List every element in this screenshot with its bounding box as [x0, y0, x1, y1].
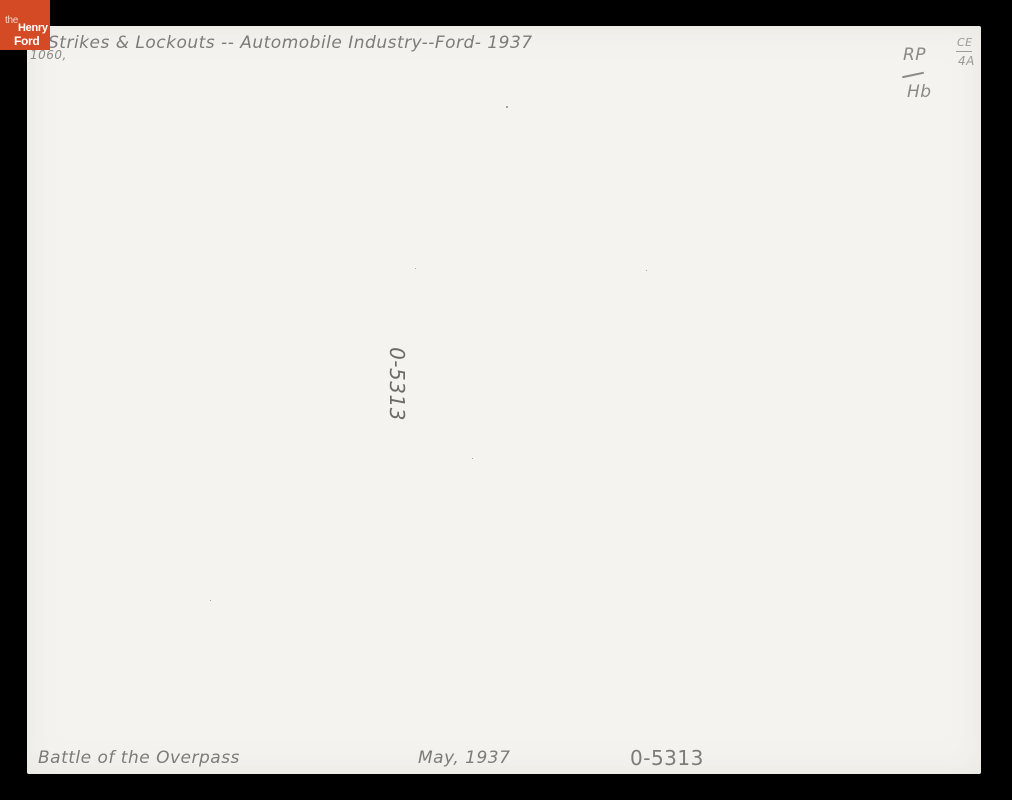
- paper-speck: [472, 458, 473, 459]
- paper-speck: [415, 268, 416, 269]
- logo-henry: Henry: [18, 22, 48, 34]
- paper-speck: [210, 600, 211, 601]
- handwritten-photo-date: May, 1937: [418, 748, 510, 768]
- logo-the: the: [5, 15, 18, 26]
- logo-ford: Ford: [14, 34, 39, 48]
- handwritten-rp-mark: RP: [903, 45, 926, 65]
- paper-speck: [506, 106, 508, 108]
- handwritten-center-catalog-number: 0-5313: [385, 347, 409, 421]
- paper-speck: [646, 270, 647, 271]
- handwritten-hb-mark: Hb: [907, 82, 932, 102]
- handwritten-subject-heading: Strikes & Lockouts -- Automobile Industr…: [48, 33, 533, 53]
- handwritten-corner-code-top: CE: [957, 36, 973, 49]
- corner-divider: [956, 51, 972, 52]
- handwritten-photo-title: Battle of the Overpass: [38, 748, 240, 768]
- the-henry-ford-logo[interactable]: the Henry Ford: [0, 0, 50, 50]
- handwritten-sub-note: 1060,: [30, 48, 67, 62]
- handwritten-corner-code-bottom: 4A: [958, 54, 975, 68]
- photo-back-paper: [27, 26, 981, 774]
- handwritten-catalog-number: 0-5313: [630, 746, 704, 770]
